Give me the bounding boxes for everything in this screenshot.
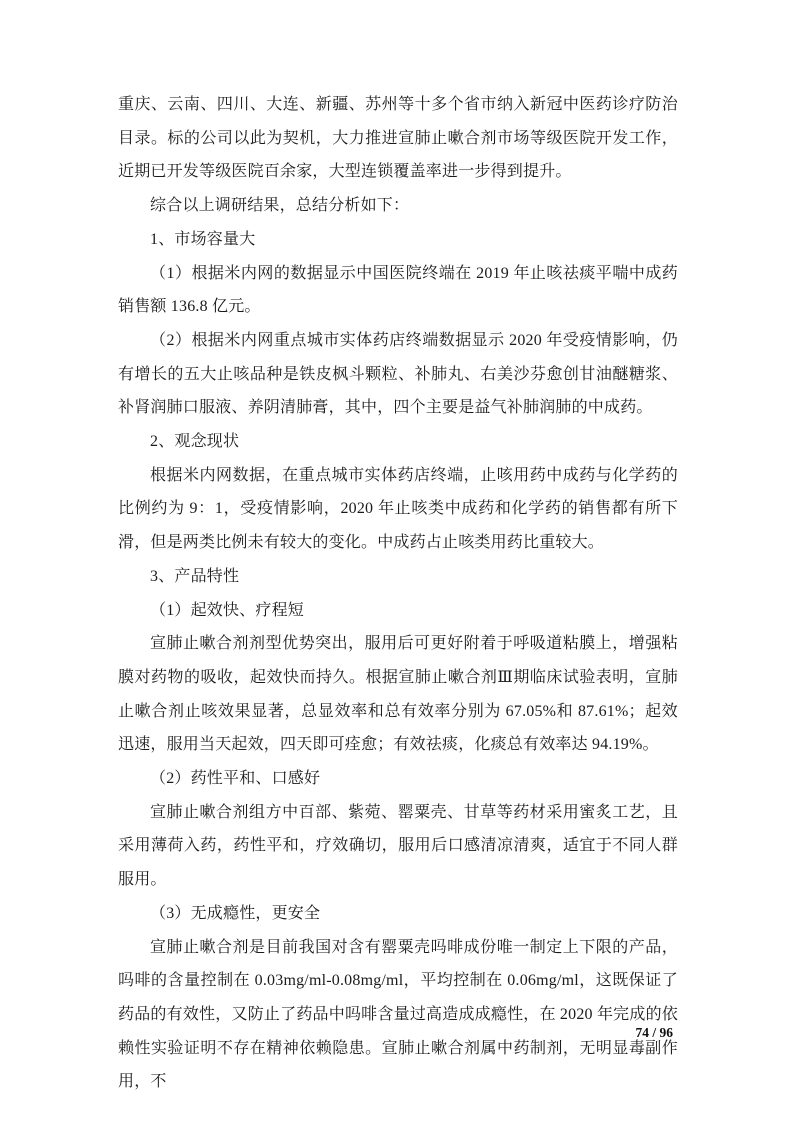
paragraph-feature-2: 宣肺止嗽合剂组方中百部、紫菀、罂粟壳、甘草等药材采用蜜炙工艺，且采用薄荷入药，药… bbox=[118, 796, 678, 897]
paragraph-feature-3: 宣肺止嗽合剂是目前我国对含有罂粟壳吗啡成份唯一制定上下限的产品，吗啡的含量控制在… bbox=[118, 931, 678, 1100]
heading-product-features: 3、产品特性 bbox=[118, 560, 678, 594]
paragraph-market-item-2: （2）根据米内网重点城市实体药店终端数据显示 2020 年受疫情影响，仍有增长的… bbox=[118, 324, 678, 425]
heading-feature-3: （3）无成瘾性，更安全 bbox=[118, 897, 678, 931]
paragraph-feature-1: 宣肺止嗽合剂剂型优势突出，服用后可更好附着于呼吸道粘膜上，增强粘膜对药物的吸收，… bbox=[118, 627, 678, 762]
paragraph-summary-intro: 综合以上调研结果，总结分析如下： bbox=[118, 189, 678, 223]
document-body: 重庆、云南、四川、大连、新疆、苏州等十多个省市纳入新冠中医药诊疗防治目录。标的公… bbox=[118, 88, 678, 1099]
page-number: 74 / 96 bbox=[635, 1025, 673, 1041]
document-page: 重庆、云南、四川、大连、新疆、苏州等十多个省市纳入新冠中医药诊疗防治目录。标的公… bbox=[0, 0, 793, 1122]
heading-feature-1: （1）起效快、疗程短 bbox=[118, 594, 678, 628]
paragraph-continuation: 重庆、云南、四川、大连、新疆、苏州等十多个省市纳入新冠中医药诊疗防治目录。标的公… bbox=[118, 88, 678, 189]
heading-concept-status: 2、观念现状 bbox=[118, 425, 678, 459]
paragraph-market-item-1: （1）根据米内网的数据显示中国医院终端在 2019 年止咳祛痰平喘中成药销售额 … bbox=[118, 257, 678, 324]
heading-market-capacity: 1、市场容量大 bbox=[118, 223, 678, 257]
heading-feature-2: （2）药性平和、口感好 bbox=[118, 762, 678, 796]
paragraph-concept-status: 根据米内网数据，在重点城市实体药店终端，止咳用药中成药与化学药的比例约为 9：1… bbox=[118, 459, 678, 560]
